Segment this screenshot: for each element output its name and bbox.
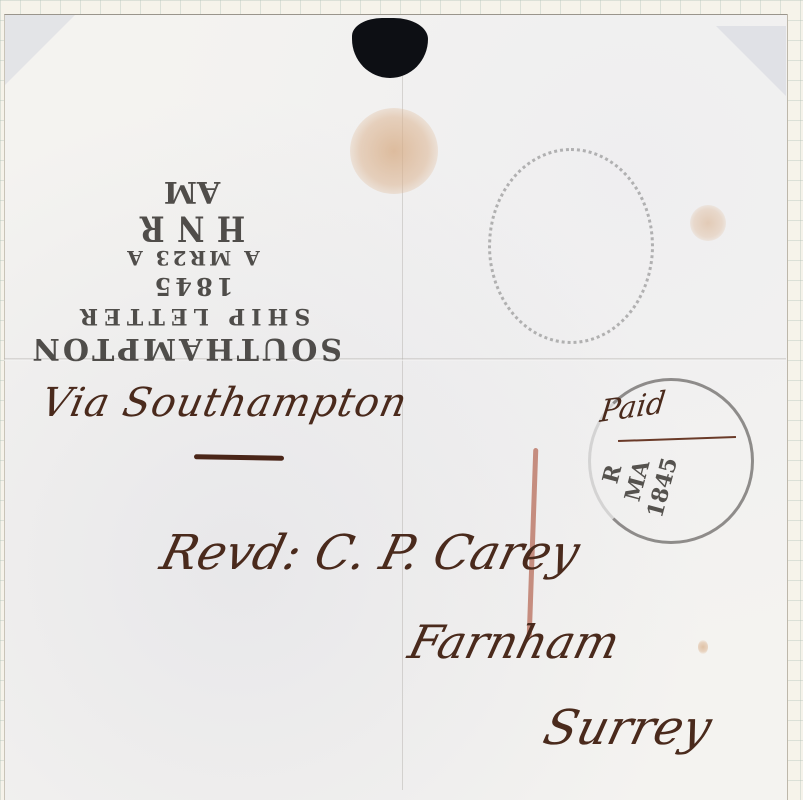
foxing-stain-small: [690, 205, 726, 241]
addressee-name: Revd: C. P. Carey: [155, 525, 585, 581]
folded-corner-top-right: [716, 26, 786, 96]
foxing-spot: [698, 640, 708, 654]
postmark-line: SOUTHAMPTON: [42, 331, 342, 365]
route-instruction: Via Southampton: [37, 380, 412, 426]
address-county: Surrey: [538, 700, 717, 756]
postmark-line: SHIP LETTER: [42, 301, 342, 331]
folded-corner-top-left: [5, 15, 75, 85]
postmark-line: AM: [42, 173, 342, 209]
foxing-stain: [350, 108, 438, 194]
postmark-line: 1845: [42, 271, 342, 301]
postmark-line: H N R: [42, 206, 342, 247]
ship-letter-postmark: SOUTHAMPTON SHIP LETTER 1845 A MR23 A H …: [42, 140, 342, 365]
address-town: Farnham: [403, 615, 625, 669]
postmark-line: A MR23 A: [42, 245, 342, 271]
faint-postmark: [488, 148, 654, 344]
